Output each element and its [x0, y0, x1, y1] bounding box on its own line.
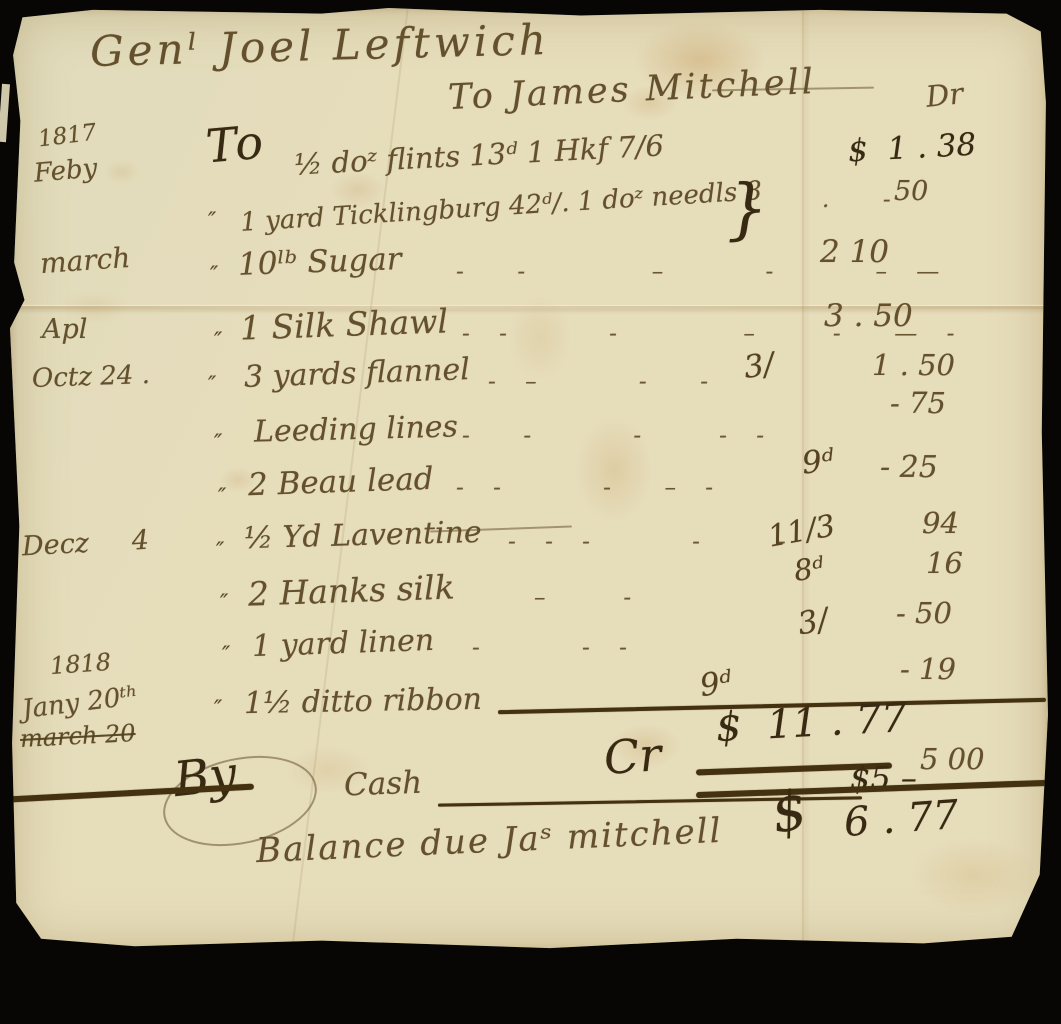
- ledger-row-description: 1 yard Ticklingburg 42ᵈ/. 1 doᶻ needls 8: [240, 178, 763, 237]
- ledger-row-amount: - 75: [890, 388, 946, 418]
- document-paper: Genˡ Joel Leftwich To James Mitchell Dr …: [10, 8, 1048, 950]
- ledger-row-date: Feby: [33, 155, 98, 188]
- ledger-row-description: 1 yard linen: [252, 625, 435, 663]
- ditto-mark: ″: [220, 592, 228, 615]
- ledger-to-glyph: To: [204, 118, 267, 171]
- ledger-row-dashes: - - - – -: [456, 476, 718, 500]
- credit-heading: Cr: [602, 730, 662, 782]
- ledger-row-amount: 50: [894, 178, 928, 206]
- ledger-row-struck-date: march 20: [19, 721, 136, 752]
- ledger-row-amount: 2 10: [820, 236, 889, 269]
- ledger-total-amount: $ 11 . 77: [715, 697, 908, 749]
- credit-amount: 5 00: [920, 744, 985, 774]
- ledger-row-amount: 94: [922, 508, 959, 538]
- ledger-row-rate: 9ᵈ: [800, 444, 835, 480]
- ledger-row-date: Jany 20ᵗʰ: [21, 683, 140, 724]
- ledger-row-amount: $ 1 . 38: [847, 129, 977, 168]
- ditto-mark: ″: [208, 210, 216, 233]
- ditto-mark: ″: [214, 432, 222, 455]
- ditto-mark: ″: [218, 486, 226, 509]
- ditto-mark: ″: [216, 540, 224, 563]
- credit-item: Cash: [343, 767, 422, 802]
- ledger-row-dashes: – -: [534, 586, 636, 610]
- ledger-row-date: Octz 24 .: [32, 362, 151, 393]
- ditto-mark: ″: [214, 330, 222, 353]
- ledger-row-amount: 3 . 50: [824, 300, 913, 333]
- ledger-row-rate: 3/: [742, 348, 776, 384]
- ledger-row-description: 10ˡᵇ Sugar: [237, 243, 402, 281]
- ledger-row-description: ½ doᶻ flints 13ᵈ 1 Hkf 7/6: [293, 130, 664, 180]
- ledger-row-date: march: [39, 243, 131, 279]
- ledger-row-dashes: - - -: [472, 636, 632, 660]
- balance-amount: 6 . 77: [843, 794, 960, 844]
- addressee-name: Genˡ Joel Leftwich: [90, 18, 551, 74]
- ledger-row-description: 3 yards flannel: [244, 354, 471, 393]
- ditto-mark: ″: [208, 374, 216, 397]
- ledger-row-rate: 11/3: [766, 510, 838, 553]
- paper-tear-mark: [1022, 911, 1041, 939]
- ledger-row-description: 1½ ditto ribbon: [244, 684, 482, 720]
- brace-glyph: }: [725, 173, 769, 244]
- ledger-row-amount: - 19: [900, 654, 956, 684]
- ledger-row-dashes: - - - - -: [462, 424, 769, 448]
- ledger-row-amount: - 25: [880, 452, 938, 484]
- ledger-row-description: 2 Hanks silk: [247, 570, 455, 612]
- ledger-row-description: 1 Silk Shawl: [239, 304, 448, 346]
- ditto-mark: ″: [210, 264, 218, 287]
- credit-by-label: By: [172, 749, 239, 806]
- ledger-row-rate: 3/: [795, 604, 830, 641]
- ledger-row-dashes: . -: [822, 188, 896, 212]
- ledger-row-rate: 9ᵈ: [698, 666, 734, 703]
- debit-abbrev: Dr: [925, 78, 965, 112]
- ledger-row-year: 1818: [49, 650, 112, 679]
- ledger-row-description: ½ Yd Laventine: [244, 517, 482, 555]
- ledger-row-dashes: - - - - -: [508, 530, 791, 554]
- ledger-row-amount: 1 . 50: [872, 350, 955, 380]
- scan-background: Genˡ Joel Leftwich To James Mitchell Dr …: [0, 0, 1061, 1024]
- ledger-row-date: Apl: [42, 316, 87, 344]
- ledger-row-description: 2 Beau lead: [247, 463, 434, 502]
- paper-edge-glint: [0, 84, 10, 142]
- ledger-row-date: Decz 4: [21, 527, 149, 562]
- ledger-row-amount: - 50: [896, 598, 952, 628]
- ledger-row-year: 1817: [37, 121, 98, 152]
- ledger-row-dashes: - – - -: [488, 370, 713, 394]
- ditto-mark: ″: [222, 644, 230, 667]
- ledger-row-description: Leeding lines: [254, 411, 459, 448]
- ledger-row-rate: 8ᵈ: [792, 552, 826, 586]
- ditto-mark: ″: [214, 698, 222, 721]
- ledger-row-amount: 16: [926, 548, 963, 578]
- balance-label: Balance due Jaˢ mitchell: [255, 814, 723, 870]
